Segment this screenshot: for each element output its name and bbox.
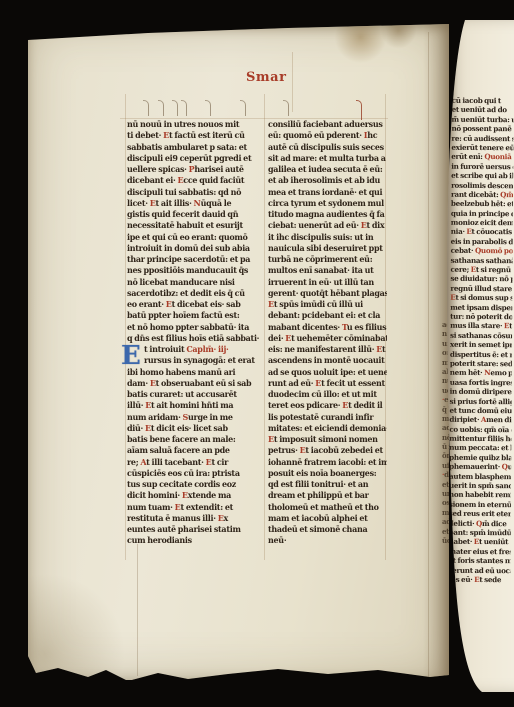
text-line: eis: ne manifestarent illū· Et [268,344,387,355]
ascender-flourish [143,100,149,116]
text-line: et tunc domū eius [449,406,511,416]
text-line: nem hēt· Nemo pot [450,368,512,378]
text-line: met ipsam dispertia [450,302,512,312]
text-line: thadeū et simonē chana [268,524,387,535]
text-line: cum herodianis [127,535,263,546]
text-line: mabant dicentes· Tu es filius [268,322,387,333]
text-line: teret eos pdicare· Et dedit il [268,400,387,411]
left-page: Smar nū nouū in utres nouos mitti debet·… [28,24,449,680]
photograph: Smar nū nouū in utres nouos mitti debet·… [0,0,514,707]
text-line: nō licebat manducare nisi [127,277,263,288]
text-line: nes ppositiōis manducauit q̄s [127,265,263,276]
text-line: dispertitus ē: et nō [450,349,512,359]
text-line: titudo magna audientes q̄ fa [268,209,387,220]
ascender-flourish [172,100,178,116]
text-line: thar principe sacerdotū: et pa [127,254,263,265]
text-line: gerent· quotq̄t hēbant plagas· [268,288,387,299]
text-line: sabbatis ambularet p sata: et [127,142,263,153]
text-line: uerit in spm̄ sanctū: [449,481,511,491]
text-line: qd est filii tonitrui· et an [268,479,387,490]
text-line: cū iacob qui t [452,96,514,106]
text-line: gistis quid fecerit dauid qn̄ [127,209,263,220]
text-line: Et si domus sup se [450,293,512,303]
text-line: dicebant ei· Ecce quid faciūt [127,175,263,186]
text-line: sit ad mare: et multa turba a [268,153,387,164]
text-line: licet· Et ait illis· Nūquā le [127,198,263,209]
text-line: eis in parabolis di [451,237,513,247]
running-header: Smar [246,70,286,85]
text-line: tus sup cecitate cordis eoz [127,479,263,490]
text-line: sathanas sathanā ei [451,255,513,265]
text-line: num aridam· Surge in me [127,412,263,423]
text-line: dei· Et uehemēter cōminabat [268,333,387,344]
text-line: it ihc discipulis suis: ut in [268,232,387,243]
text-line: dream et philippū et bar [268,490,387,501]
text-line: et ueniūt ad do [452,105,514,115]
text-line: nō possent panē ma [451,124,513,134]
text-line: introiuit in domū dei sub abia [127,243,263,254]
text-line: irruerent in eū· ut illū tan [268,277,387,288]
text-line: nauicula sibi deseruiret ppt [268,243,387,254]
text-line: ciebat: uenerūt ad eū· Et dix [268,220,387,231]
text-line: diū· Et dicit eis· licet sab [127,423,263,434]
text-line: iohannē fratrem iacobi: et im [268,457,387,468]
text-line: ti debet· Et factū est iterū cū [127,130,263,141]
text-line: necessitatē habuit et esurijt [127,220,263,231]
text-line: debant: pcidebant ei: et cla [268,310,387,321]
text-line: quia in principe de [451,208,513,218]
text-line: xerit in semet ipm̄: [450,340,512,350]
text-line: runt ad eū· Et fecit ut essent [268,378,387,389]
text-line: si prius fortē alliget [450,396,512,406]
text-line: non habebit remis [449,490,511,500]
text-line: uellere spicas· Pharisei autē [127,164,263,175]
text-line: eo erant· Et dicebat eis· sab [127,299,263,310]
text-line: discipuli tui sabbatis: qd nō [127,187,263,198]
text-line: m̄ ueniūt turba: ut [452,115,514,125]
text-line: euntes autē pharisei statim [127,524,263,535]
facing-page: cū iacob qui tet ueniūt ad dom̄ ueniūt t… [440,20,514,692]
ascender-flourish [356,100,362,120]
text-line: dicit homini· Extende ma [127,490,263,501]
text-line: et ab iherosolimis et ab idu [268,175,387,186]
ruling-line [125,94,126,560]
text-line: si sathanas cōsurre [450,331,512,341]
text-line: turbā ne cōprimerent eū: [268,254,387,265]
text-line: in furorē uersus ē· [451,162,513,172]
text-line: num tuam· Et extendit: et [127,502,263,513]
text-column-right: consiliū faciebant aduersuseū: quomō eū … [268,119,387,547]
text-line: tur: nō poterit do [450,312,512,322]
text-line: poterit stare: sed fi [450,359,512,369]
ascender-flourish [181,100,187,116]
text-line: ascendens in montē uocauit [268,355,387,366]
text-line: phemie quibz blas [449,453,511,463]
ruling-line [292,52,293,112]
text-line: batis bene facere an male: [127,434,263,445]
text-line: mitates: et eiciendi demonia· [268,423,387,434]
text-line: eū: quomō eū pderent· Ihc [268,130,387,141]
text-line: cebat· Quomō pot [451,246,513,256]
text-line: phemauerint· Qui [449,462,511,472]
text-line: duodecim cū illo: et ut mit [268,389,387,400]
text-line: sed reus erit eterni [449,509,511,519]
text-line: co uobis: qm̄ oīa di [449,424,511,434]
text-line: autē cū discipulis suis seces [268,142,387,153]
text-line: sionem in eternū: [449,500,511,510]
ruling-line [264,94,265,560]
text-line: restituta ē manus illi· Ex [127,513,263,524]
text-line: et nō homo ppter sabbatū· ita [127,322,263,333]
text-line: num peccata: et blas [449,443,511,453]
text-line: ad se quos uoluit ipe: et uene [268,367,387,378]
text-line: q dn̄s est filius hoīs etiā sabbati· [127,333,263,344]
text-line: et scribe qui ab ihe [451,171,513,181]
text-line: illū· Et ait homini hn̄ti ma [127,400,263,411]
text-line: discipuli ei9 ceperūt pgredi et [127,153,263,164]
ascender-flourish [240,100,246,116]
text-line: galilea et iudea secuta ē eū: [268,164,387,175]
text-line: in domū diripere ni [450,387,512,397]
text-line: mea et trans iordanē· et qui [268,187,387,198]
text-line: aīam saluā facere an pde [127,445,263,456]
text-column-left: nū nouū in utres nouos mitti debet· Et f… [127,119,263,547]
text-line: consiliū faciebant aduersus [268,119,387,130]
text-line: t introiuit Caplm̄· iij· [127,344,263,355]
text-line: petrus· Et iacobū zebedei et [268,445,387,456]
text-line: nia· Et cōuocatis [451,227,513,237]
text-line: neū· [268,535,387,546]
text-line: beelzebub hēt: et [451,199,513,209]
text-line: re; At illi tacebant· Et cir [127,457,263,468]
text-line: ipe et qui cū eo erant: quomō [127,232,263,243]
text-line: rursus in synagogā: et erat [127,355,263,366]
text-line: posuit eis noīa boanerges: [268,468,387,479]
text-line: rant dicebāt: Qm̄ [451,190,513,200]
ascender-flourish [283,100,289,116]
text-line: ibi homo habens manū ari [127,367,263,378]
text-line: erūt enī: Quoniā [451,152,513,162]
text-line: re: cū audissent sui [451,133,513,143]
text-line: mam et iacobū alphei et [268,513,387,524]
text-line: multos enī sanabat· ita ut [268,265,387,276]
text-line: uasa fortis ingress9 [450,378,512,388]
text-line: mittentur filiis hoī [449,434,511,444]
text-line: exierūt tenere eū: [451,143,513,153]
text-line: rosolimis descende [451,180,513,190]
text-line: batis curaret: ut accusarēt [127,389,263,400]
text-line: regnū illud stare· [450,284,512,294]
text-line: autem blasphema [449,471,511,481]
text-line: diripiet· Amen di [449,415,511,425]
text-line: nū nouū in utres nouos mit [127,119,263,130]
text-line: dam· Et obseruabant eū si sab [127,378,263,389]
text-line: sacerdotibz: et dedit eis q̄ cū [127,288,263,299]
text-line: lis potestatē curandi infir [268,412,387,423]
text-line: Et spūs imūdi cū illū ui [268,299,387,310]
text-line: tholomeū et matheū et tho [268,502,387,513]
ascender-flourish [158,100,164,116]
facing-text-column: cū iacob qui tet ueniūt ad dom̄ ueniūt t… [448,96,513,585]
text-line: se diuidatur: nō pot [450,274,512,284]
text-line: mus illa stare· Et [450,321,512,331]
text-line: cere; Et si regnū in [450,265,512,275]
text-line: Et imposuit simoni nomen [268,434,387,445]
text-line: batū ppter hoīem factū est: [127,310,263,321]
text-line: circa tyrum et sydonem mul [268,198,387,209]
text-line: monioz eicit demo [451,218,513,228]
chapter-initial: E [121,344,141,369]
ascender-flourish [205,100,211,116]
text-line: cūspiciēs eos cū ira: ptrista [127,468,263,479]
crease-line [137,544,138,676]
